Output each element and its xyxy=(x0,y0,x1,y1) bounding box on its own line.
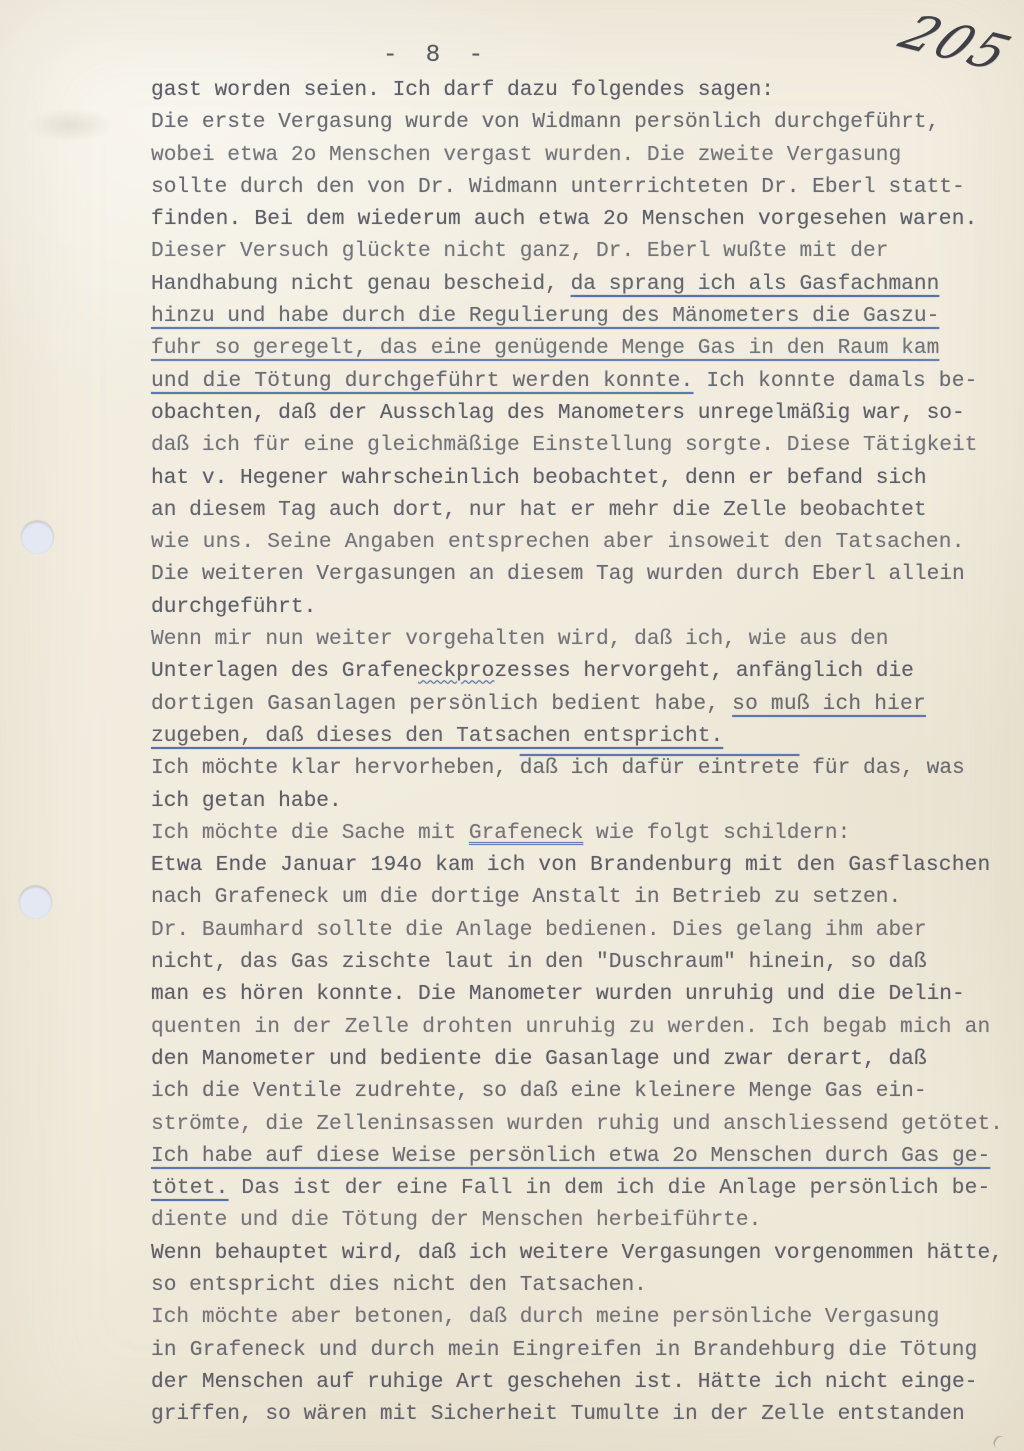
document-line: Ich habe auf diese Weise persönlich etwa… xyxy=(151,1140,1024,1172)
text-segment: zesses hervorgeht, anfänglich die xyxy=(494,659,914,683)
underlined-text-segment: fuhr so geregelt, das eine genügende Men… xyxy=(151,336,939,360)
document-line: Etwa Ende Januar 194o kam ich von Brande… xyxy=(151,849,1024,881)
text-segment: obachten, daß der Ausschlag des Manomete… xyxy=(151,401,965,425)
document-line: strömte, die Zelleninsassen wurden ruhig… xyxy=(151,1108,1024,1140)
document-line: der Menschen auf ruhige Art geschehen is… xyxy=(151,1366,1024,1398)
hole-punch-bottom xyxy=(19,886,52,919)
document-line: fuhr so geregelt, das eine genügende Men… xyxy=(151,332,1024,364)
text-segment: Ich konnte damals be- xyxy=(693,369,977,393)
document-line: Unterlagen des Grafeneckprozesses hervor… xyxy=(151,655,1024,687)
text-segment: Ich möchte klar hervorheben, xyxy=(151,756,520,780)
text-segment: den Manometer und bediente die Gasanlage… xyxy=(151,1047,927,1071)
text-segment: hat v. Hegener wahrscheinlich beobachtet… xyxy=(151,466,927,490)
underlined-text-segment: Grafeneck xyxy=(469,821,583,845)
text-segment: gast worden seien. Ich darf dazu folgend… xyxy=(151,78,774,102)
text-segment: Ich möchte aber betonen, daß durch meine… xyxy=(151,1305,939,1329)
text-segment: daß ich für eine gleichmäßige Einstellun… xyxy=(151,433,977,457)
underlined-text-segment: so muß ich hier xyxy=(732,692,926,716)
scanned-document-page: - 8 - 205 gast worden seien. Ich darf da… xyxy=(0,0,1024,1451)
text-segment: für das, was xyxy=(799,756,964,780)
text-segment: Die weiteren Vergasungen an diesem Tag w… xyxy=(151,562,965,586)
text-segment: Die erste Vergasung wurde von Widmann pe… xyxy=(151,110,939,134)
document-line: tötet. Das ist der eine Fall in dem ich … xyxy=(151,1172,1024,1204)
document-line: Handhabung nicht genau bescheid, da spra… xyxy=(151,268,1024,300)
document-line: griffen, so wären mit Sicherheit Tumulte… xyxy=(151,1398,1024,1430)
document-line: finden. Bei dem wiederum auch etwa 2o Me… xyxy=(151,203,1024,235)
document-line: Dr. Baumhard sollte die Anlage bedienen.… xyxy=(151,914,1024,946)
document-line: diente und die Tötung der Menschen herbe… xyxy=(151,1204,1024,1236)
document-line: zugeben, daß dieses den Tatsachen entspr… xyxy=(151,720,1024,752)
underlined-text-segment: daß ich dafür eintrete xyxy=(520,756,800,780)
underlined-text-segment: tötet. xyxy=(151,1176,229,1200)
paper-smudge xyxy=(25,108,115,142)
document-line: obachten, daß der Ausschlag des Manomete… xyxy=(151,397,1024,429)
document-line: Ich möchte aber betonen, daß durch meine… xyxy=(151,1301,1024,1333)
underlined-text-segment: Ich habe auf diese Weise persönlich etwa… xyxy=(151,1144,990,1168)
text-segment: nach Grafeneck um die dortige Anstalt in… xyxy=(151,885,901,909)
document-line: Ich möchte klar hervorheben, daß ich daf… xyxy=(151,752,1024,784)
text-segment: in Grafeneck und durch mein Eingreifen i… xyxy=(151,1338,978,1362)
document-lines: gast worden seien. Ich darf dazu folgend… xyxy=(151,74,1024,1430)
text-segment: Wenn mir nun weiter vorgehalten wird, da… xyxy=(151,627,888,651)
text-segment: wie folgt schildern: xyxy=(583,821,850,845)
underlined-text-segment: hinzu und habe durch die Regulierung des… xyxy=(151,304,939,328)
text-segment: der Menschen auf ruhige Art geschehen is… xyxy=(151,1370,977,1394)
text-segment: dortigen Gasanlagen persönlich bedient h… xyxy=(151,692,732,716)
text-segment: sollte durch den von Dr. Widmann unterri… xyxy=(151,175,965,199)
underlined-text-segment: da sprang ich als Gasfachmann xyxy=(571,272,940,296)
text-segment: durchgeführt. xyxy=(151,595,316,619)
text-segment: man es hören konnte. Die Manometer wurde… xyxy=(151,982,965,1006)
document-line: den Manometer und bediente die Gasanlage… xyxy=(151,1043,1024,1075)
document-line: dortigen Gasanlagen persönlich bedient h… xyxy=(151,688,1024,720)
text-segment: griffen, so wären mit Sicherheit Tumulte… xyxy=(151,1402,965,1426)
text-segment: Dr. Baumhard sollte die Anlage bedienen.… xyxy=(151,918,927,942)
text-segment: ich die Ventile zudrehte, so daß eine kl… xyxy=(151,1079,927,1103)
document-line: Wenn behauptet wird, daß ich weitere Ver… xyxy=(151,1237,1024,1269)
document-line: nicht, das Gas zischte laut in den "Dusc… xyxy=(151,946,1024,978)
document-line: Die erste Vergasung wurde von Widmann pe… xyxy=(151,106,1024,138)
document-line: ich die Ventile zudrehte, so daß eine kl… xyxy=(151,1075,1024,1107)
document-line: ich getan habe. xyxy=(151,785,1024,817)
document-line: Die weiteren Vergasungen an diesem Tag w… xyxy=(151,558,1024,590)
document-line: so entspricht dies nicht den Tatsachen. xyxy=(151,1269,1024,1301)
document-line: Wenn mir nun weiter vorgehalten wird, da… xyxy=(151,623,1024,655)
underlined-text-segment: und die Tötung durchgeführt werden konnt… xyxy=(151,369,693,393)
document-line: an diesem Tag auch dort, nur hat er mehr… xyxy=(151,494,1024,526)
handwritten-folio-number: 205 xyxy=(891,8,1020,78)
document-line: hinzu und habe durch die Regulierung des… xyxy=(151,300,1024,332)
underlined-text-segment: zugeben, daß dieses den Tatsachen entspr… xyxy=(151,724,723,748)
text-segment: wie uns. Seine Angaben entsprechen aber … xyxy=(151,530,965,554)
text-segment: diente und die Tötung der Menschen herbe… xyxy=(151,1208,761,1232)
text-segment: ich getan habe. xyxy=(151,789,342,813)
text-segment: Etwa Ende Januar 194o kam ich von Brande… xyxy=(151,853,990,877)
document-line: nach Grafeneck um die dortige Anstalt in… xyxy=(151,881,1024,913)
document-line: und die Tötung durchgeführt werden konnt… xyxy=(151,365,1024,397)
text-segment: so entspricht dies nicht den Tatsachen. xyxy=(151,1273,647,1297)
document-line: in Grafeneck und durch mein Eingreifen i… xyxy=(151,1334,1024,1366)
document-line: Dieser Versuch glückte nicht ganz, Dr. E… xyxy=(151,235,1024,267)
text-segment: wobei etwa 2o Menschen vergast wurden. D… xyxy=(151,143,901,167)
hole-punch-top xyxy=(21,521,54,554)
document-line: quenten in der Zelle drohten unruhig zu … xyxy=(151,1011,1024,1043)
text-segment: Das ist der eine Fall in dem ich die Anl… xyxy=(229,1176,991,1200)
text-segment: Handhabung nicht genau bescheid, xyxy=(151,272,571,296)
document-line: wobei etwa 2o Menschen vergast wurden. D… xyxy=(151,139,1024,171)
underlined-text-segment: eckpro xyxy=(418,659,494,683)
text-segment: Wenn behauptet wird, daß ich weitere Ver… xyxy=(151,1241,1003,1265)
document-line: gast worden seien. Ich darf dazu folgend… xyxy=(151,74,1024,106)
text-segment: Ich möchte die Sache mit xyxy=(151,821,469,845)
text-segment: finden. Bei dem wiederum auch etwa 2o Me… xyxy=(151,207,978,231)
page-number: - 8 - xyxy=(383,42,490,69)
text-segment: quenten in der Zelle drohten unruhig zu … xyxy=(151,1015,990,1039)
document-line: durchgeführt. xyxy=(151,591,1024,623)
document-line: sollte durch den von Dr. Widmann unterri… xyxy=(151,171,1024,203)
text-segment: strömte, die Zelleninsassen wurden ruhig… xyxy=(151,1112,1003,1136)
document-line: man es hören konnte. Die Manometer wurde… xyxy=(151,978,1024,1010)
document-line: wie uns. Seine Angaben entsprechen aber … xyxy=(151,526,1024,558)
text-segment: an diesem Tag auch dort, nur hat er mehr… xyxy=(151,498,927,522)
text-segment: Unterlagen des Grafen xyxy=(151,659,418,683)
faint-pencil-mark xyxy=(991,1433,1017,1451)
document-line: hat v. Hegener wahrscheinlich beobachtet… xyxy=(151,462,1024,494)
document-line: daß ich für eine gleichmäßige Einstellun… xyxy=(151,429,1024,461)
text-segment: Dieser Versuch glückte nicht ganz, Dr. E… xyxy=(151,239,888,263)
text-segment: nicht, das Gas zischte laut in den "Dusc… xyxy=(151,950,927,974)
document-line: Ich möchte die Sache mit Grafeneck wie f… xyxy=(151,817,1024,849)
